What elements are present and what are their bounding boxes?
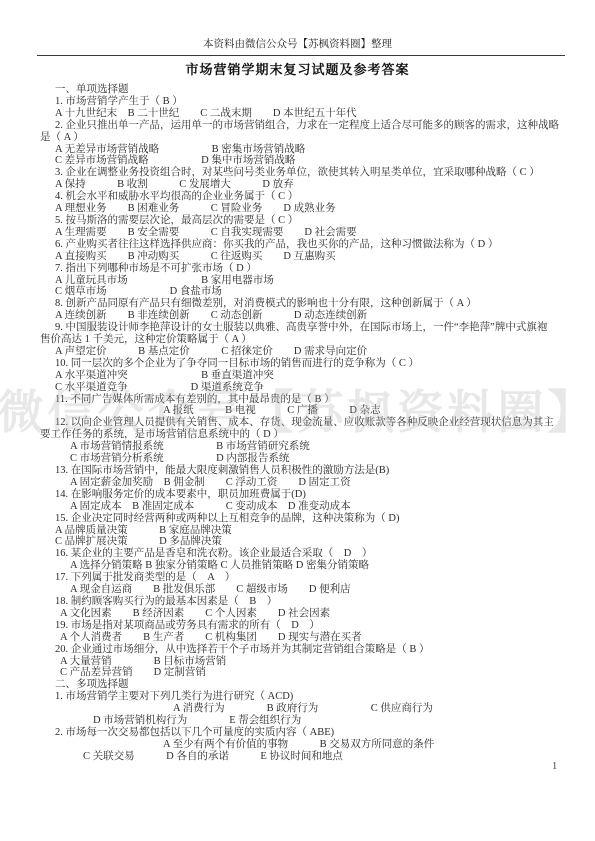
doc-line: A 报纸 B 电视 C 广播 D 杂志: [40, 405, 579, 417]
doc-line: 13. 在国际市场营销中，能最大限度刺激销售人员积极性的激励方法是(B): [40, 465, 579, 477]
doc-line: 17. 下列属于批发商类型的是（ A ）: [40, 572, 579, 584]
doc-line: 16. 某企业的主要产品是香皂和洗衣粉。该企业最适合采取（ D ）: [40, 548, 579, 560]
doc-line: C 水平渠道竞争 D 渠道系统竞争: [40, 382, 579, 394]
doc-line: A 大量营销 B 目标市场营销: [40, 656, 579, 668]
doc-line: D 市场营销机构行为 E 帮会组织行为: [40, 715, 579, 727]
doc-line: A 固定成本 B 准固定成本 C 变动成本 D 准变动成本: [40, 501, 579, 513]
doc-line: 20. 企业通过市场细分，从中选择若干个子市场并为其制定营销组合策略是（ B ）: [40, 644, 579, 656]
doc-line: C 烟草市场 D 食盐市场: [40, 286, 579, 298]
doc-line: 7. 指出下列哪种市场是不可扩张市场（ D ）: [40, 263, 579, 275]
header-divider: [37, 55, 565, 56]
doc-line: A 个人消费者 B 生产者 C 机构集团 D 现实与潜在买者: [40, 632, 579, 644]
doc-line: A 至少有两个有价值的事物 B 交易双方所同意的条件: [40, 739, 579, 751]
page-title: 市场营销学期末复习试题及参考答案: [0, 59, 595, 78]
doc-line: 9. 中国服装设计师李艳萍设计的女士服装以典雅、高贵享誉中外，在国际市场上，一件…: [40, 322, 579, 334]
doc-line: C 关联交易 D 各自的承诺 E 协议时间和地点: [40, 751, 579, 763]
header-note: 本资料由微信公众号【苏枫资料圈】整理: [0, 36, 595, 51]
doc-line: A 水平渠道冲突 B 垂直渠道冲突: [40, 370, 579, 382]
doc-line: A 直接购买 B 冲动购买 C 往返购买 D 互惠购买: [40, 251, 579, 263]
doc-line: A 消费行为 B 政府行为 C 供应商行为: [40, 703, 579, 715]
doc-line: 是（ A ）: [40, 132, 579, 144]
doc-line: 2. 市场每一次交易都包括以下几个可量度的实质内容（ ABE): [40, 727, 579, 739]
doc-line: 10. 同一层次的多个企业为了争夺同一目标市场的销售而进行的竞争称为（ C ）: [40, 358, 579, 370]
doc-line: A 十九世纪末 B 二十世纪 C 二战末期 D 本世纪五十年代: [40, 108, 579, 120]
doc-line: A 无差异市场营销战略 B 密集市场营销战略: [40, 144, 579, 156]
document-body: 一、单项选择题1. 市场营销学产生于（ B ）A 十九世纪末 B 二十世纪 C …: [40, 84, 579, 763]
doc-line: C 市场营销分析系统 D 内部报告系统: [40, 453, 579, 465]
doc-line: 要工作任务的系统，是市场营销信息系统中的（ D ）: [40, 429, 579, 441]
doc-line: 2. 企业只推出单一产品，运用单一的市场营销组合，力求在一定程度上适合尽可能多的…: [40, 120, 579, 132]
doc-line: A 生理需要 B 安全需要 C 自我实现需要 D 社会需要: [40, 227, 579, 239]
doc-line: A 品牌质量决策 B 家庭品牌决策: [40, 525, 579, 537]
doc-line: 5. 按马斯洛的需要层次论，最高层次的需要是（ C ）: [40, 215, 579, 227]
doc-line: A 理想业务 B 困难业务 C 冒险业务 D 成熟业务: [40, 203, 579, 215]
doc-line: 一、单项选择题: [40, 84, 579, 96]
doc-line: A 市场营销情报系统 B 市场营销研究系统: [40, 441, 579, 453]
doc-line: 18. 制约顾客购买行为的最基本因素是（ B ）: [40, 596, 579, 608]
doc-line: 14. 在影响服务定价的成本要素中，职员加班费属于(D): [40, 489, 579, 501]
doc-line: A 现金自运商 B 批发俱乐部 C 超级市场 D 便利店: [40, 584, 579, 596]
doc-line: 1. 市场营销学产生于（ B ）: [40, 96, 579, 108]
doc-line: C 差异市场营销战略 D 集中市场营销战略: [40, 155, 579, 167]
document-page: 本资料由微信公众号【苏枫资料圈】整理 市场营销学期末复习试题及参考答案 微信公众…: [0, 0, 595, 841]
doc-line: A 固定薪金加奖励 B 佣金制 C 浮动工资 D 固定工资: [40, 477, 579, 489]
doc-line: 售价高达 1 千美元，这种定价策略属于（ A ）: [40, 334, 579, 346]
doc-line: A 声望定价 B 基点定价 C 招徕定价 D 需求导向定价: [40, 346, 579, 358]
doc-line: 19. 市场是指对某项商品或劳务具有需求的所有（ D ）: [40, 620, 579, 632]
doc-line: 6. 产业购买者往往这样选择供应商：你买我的产品，我也买你的产品，这种习惯做法称…: [40, 239, 579, 251]
doc-line: 1. 市场营销学主要对下列几类行为进行研究（ ACD): [40, 691, 579, 703]
doc-line: 11. 不同广告媒体所需成本有差别的，其中最昂贵的是（ B ）: [40, 394, 579, 406]
doc-line: C 产品差异营销 D 定制营销: [40, 667, 579, 679]
doc-line: A 保持 B 收割 C 发展增大 D 放弃: [40, 179, 579, 191]
doc-line: C 品牌扩展决策 D 多品牌决策: [40, 536, 579, 548]
doc-line: A 儿童玩具市场 B 家用电器市场: [40, 275, 579, 287]
doc-line: 二、多项选择题: [40, 679, 579, 691]
doc-line: 3. 企业在调整业务投资组合时，对某些问号类业务单位，欲使其转入明星类单位，宜采…: [40, 167, 579, 179]
doc-line: 4. 机会水平和威胁水平均很高的企业业务属于（ C ）: [40, 191, 579, 203]
doc-line: 15. 企业决定同时经营两种或两种以上互相竞争的品牌，这种决策称为（ D): [40, 513, 579, 525]
doc-line: 8. 创新产品同原有产品只有细微差别，对消费模式的影响也十分有限，这种创新属于（…: [40, 298, 579, 310]
doc-line: A 选择分销策略 B 独家分销策略 C 人员推销策略 D 密集分销策略: [40, 560, 579, 572]
doc-line: A 连续创新 B 非连续创新 C 动态创新 D 动态连续创新: [40, 310, 579, 322]
doc-line: A 文化因素 B 经济因素 C 个人因素 D 社会因素: [40, 608, 579, 620]
doc-line: 12. 以向企业管理人员提供有关销售、成本、存货、现金流量、应收账款等各种反映企…: [40, 417, 579, 429]
